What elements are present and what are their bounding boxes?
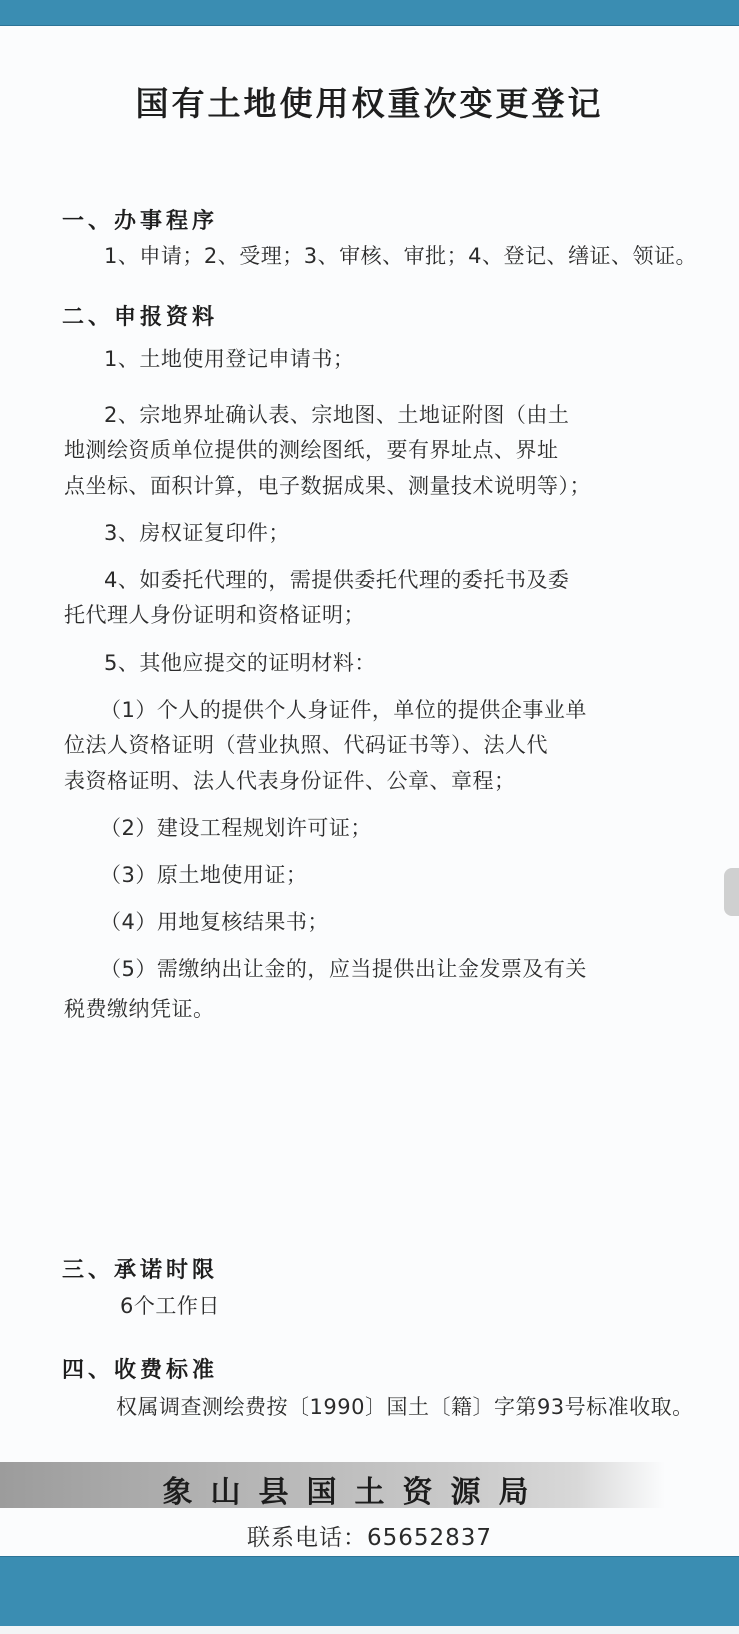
material-sub-2: （2）建设工程规划许可证； (100, 812, 372, 842)
time-limit-value: 6个工作日 (120, 1290, 220, 1320)
material-sub-4: （4）用地复核结果书； (100, 906, 329, 936)
bottom-color-band (0, 1556, 739, 1627)
section-heading-time-limit: 三、承诺时限 (62, 1253, 218, 1284)
material-item-2-line-3: 点坐标、面积计算，电子数据成果、测量技术说明等）； (64, 470, 591, 500)
material-item-2-line-2: 地测绘资质单位提供的测绘图纸，要有界址点、界址 (64, 434, 559, 464)
material-sub-1-line-1: （1）个人的提供个人身证件，单位的提供企事业单 (100, 694, 587, 724)
material-item-1: 1、土地使用登记申请书； (104, 343, 354, 373)
material-sub-3: （3）原土地使用证； (100, 859, 307, 889)
section-heading-procedure: 一、办事程序 (62, 204, 218, 235)
material-sub-5-line-1: （5）需缴纳出让金的，应当提供出让金发票及有关 (100, 953, 587, 983)
material-item-2-line-1: 2、宗地界址确认表、宗地图、土地证附图（由土 (104, 399, 569, 429)
material-sub-1-line-2: 位法人资格证明（营业执照、代码证书等）、法人代 (64, 729, 548, 759)
top-color-band (0, 0, 739, 26)
material-item-3: 3、房权证复印件； (104, 517, 290, 547)
material-sub-1-line-3: 表资格证明、法人代表身份证件、公章、章程； (64, 765, 516, 795)
material-item-5: 5、其他应提交的证明材料： (104, 647, 376, 677)
footer-contact-phone: 联系电话：65652837 (0, 1519, 739, 1552)
section-heading-materials: 二、申报资料 (62, 300, 218, 331)
section-heading-fee-standard: 四、收费标准 (62, 1353, 218, 1384)
procedure-steps: 1、申请；2、受理；3、审核、审批；4、登记、缮证、领证。 (104, 240, 697, 270)
material-item-4-line-2: 托代理人身份证明和资格证明； (64, 599, 365, 629)
document-title: 国有土地使用权重次变更登记 (0, 78, 739, 125)
material-item-4-line-1: 4、如委托代理的，需提供委托代理的委托书及委 (104, 564, 569, 594)
material-sub-5-line-2: 税费缴纳凭证。 (64, 993, 215, 1023)
bottom-paper-edge (0, 1626, 739, 1634)
scan-edge-shadow (724, 868, 739, 916)
fee-standard-text: 权属调查测绘费按〔1990〕国土〔籍〕字第93号标准收取。 (116, 1391, 694, 1421)
footer-organization: 象山县国土资源局 (0, 1467, 739, 1511)
